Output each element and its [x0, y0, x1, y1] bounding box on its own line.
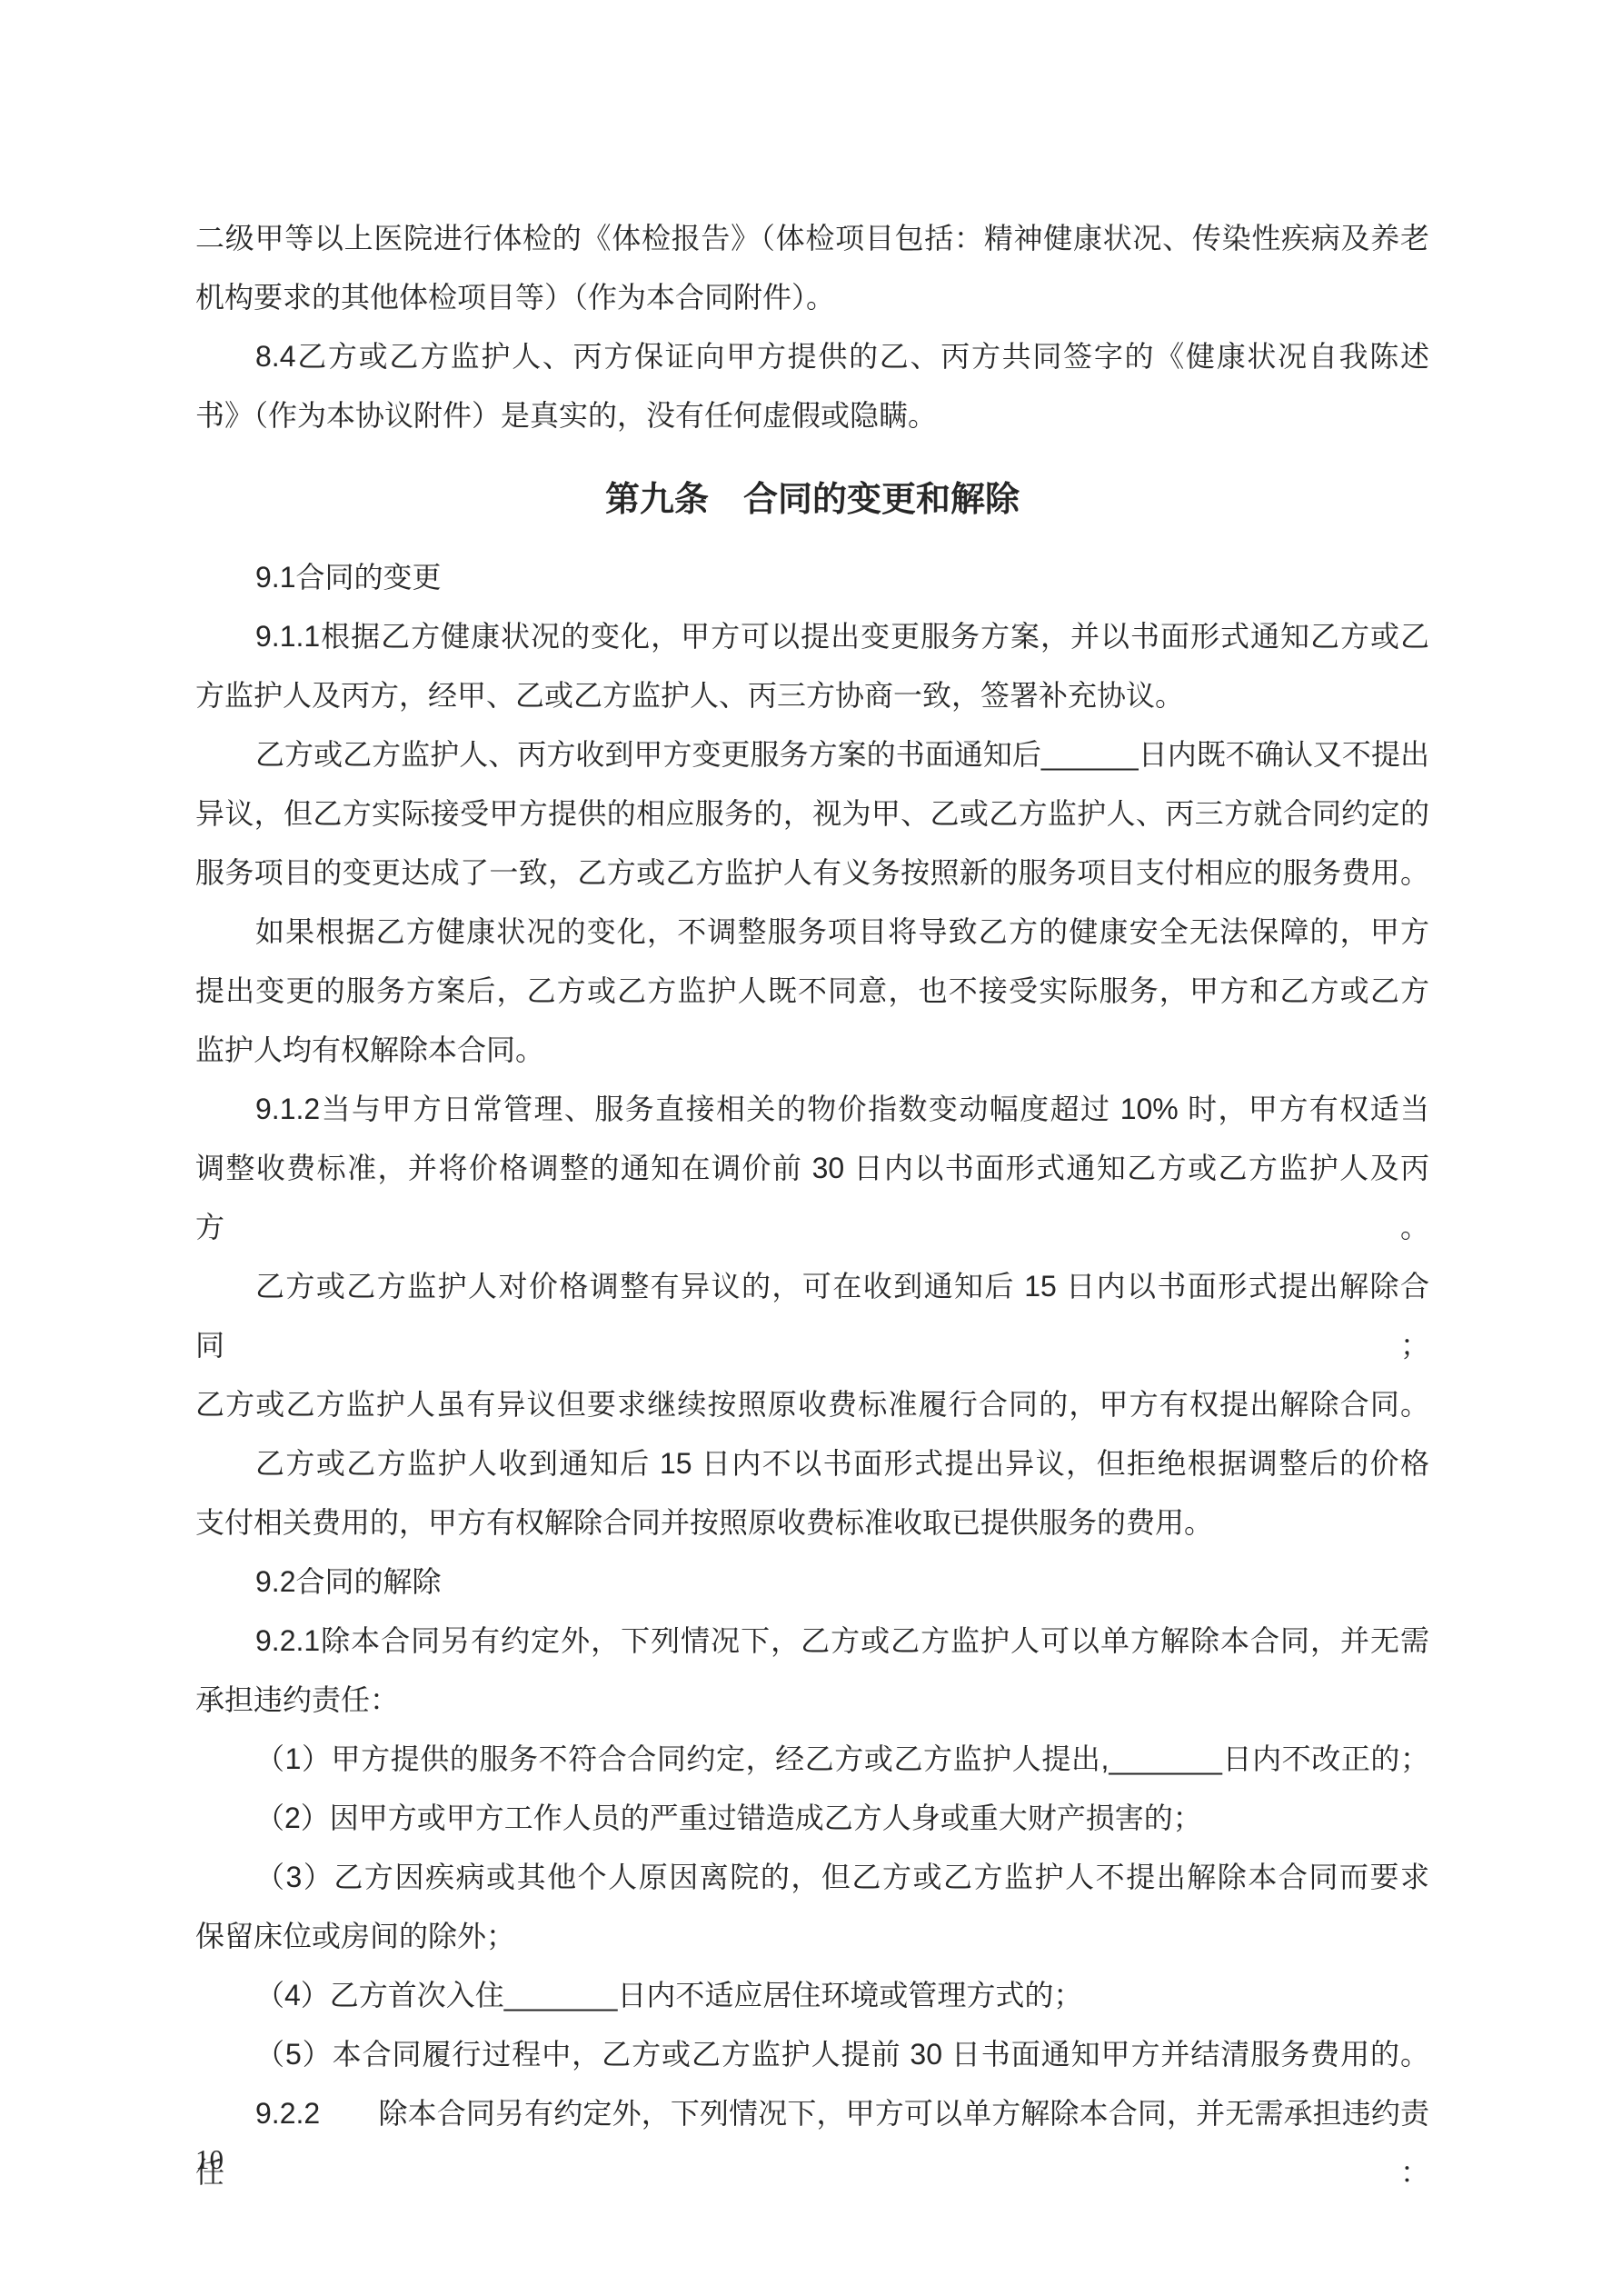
clause-9-1-1-line-1: 9.1.1根据乙方健康状况的变化，甲方可以提出变更服务方案，并以书面形式通知乙方… [195, 607, 1429, 666]
clause-9-1-1-para-3-line-1: 如果根据乙方健康状况的变化，不调整服务项目将导致乙方的健康安全无法保障的，甲方 [195, 903, 1429, 962]
clause-8-4-line-2: 书》（作为本协议附件）是真实的，没有任何虚假或隐瞒。 [195, 386, 1429, 445]
clause-9-1-1-para-3-line-3: 监护人均有权解除本合同。 [195, 1021, 1429, 1080]
clause-9-2-1-line-2: 承担违约责任： [195, 1671, 1429, 1730]
clause-9-1-1-para-2-line-2: 异议，但乙方实际接受甲方提供的相应服务的，视为甲、乙或乙方监护人、丙三方就合同约… [195, 784, 1429, 844]
clause-8-3-continuation-line-2: 机构要求的其他体检项目等）（作为本合同附件）。 [195, 268, 1429, 327]
clause-9-1-2-para-3-line-1: 乙方或乙方监护人收到通知后 15 日内不以书面形式提出异议，但拒绝根据调整后的价… [195, 1434, 1429, 1493]
clause-8-4-line-1: 8.4乙方或乙方监护人、丙方保证向甲方提供的乙、丙方共同签字的《健康状况自我陈述 [195, 327, 1429, 386]
clause-9-1-1-para-2-line-3: 服务项目的变更达成了一致，乙方或乙方监护人有义务按照新的服务项目支付相应的服务费… [195, 844, 1429, 903]
clause-9-1-2-line-1: 9.1.2当与甲方日常管理、服务直接相关的物价指数变动幅度超过 10% 时，甲方… [195, 1080, 1429, 1139]
clause-9-2-1-line-1: 9.2.1除本合同另有约定外，下列情况下，乙方或乙方监护人可以单方解除本合同，并… [195, 1612, 1429, 1671]
contract-page: 二级甲等以上医院进行体检的《体检报告》（体检项目包括：精神健康状况、传染性疾病及… [0, 0, 1622, 2296]
clause-9-2-1-item-2: （2）因甲方或甲方工作人员的严重过错造成乙方人身或重大财产损害的； [195, 1789, 1429, 1848]
article-9-heading: 第九条 合同的变更和解除 [195, 471, 1429, 530]
clause-8-3-continuation-line-1: 二级甲等以上医院进行体检的《体检报告》（体检项目包括：精神健康状况、传染性疾病及… [195, 209, 1429, 268]
clause-9-1-2-line-2: 调整收费标准，并将价格调整的通知在调价前 30 日内以书面形式通知乙方或乙方监护… [195, 1139, 1429, 1257]
clause-9-1-1-para-2-line-1: 乙方或乙方监护人、丙方收到甲方变更服务方案的书面通知后______日内既不确认又… [195, 725, 1429, 784]
clause-9-2-1-item-5: （5）本合同履行过程中，乙方或乙方监护人提前 30 日书面通知甲方并结清服务费用… [195, 2025, 1429, 2084]
clause-9-1-2-para-2-line-1: 乙方或乙方监护人对价格调整有异议的，可在收到通知后 15 日内以书面形式提出解除… [195, 1257, 1429, 1375]
clause-9-2-1-item-1: （1）甲方提供的服务不符合合同约定，经乙方或乙方监护人提出,_______日内不… [195, 1730, 1429, 1789]
clause-9-2-1-item-3-line-1: （3）乙方因疾病或其他个人原因离院的，但乙方或乙方监护人不提出解除本合同而要求 [195, 1848, 1429, 1907]
clause-9-1-2-para-2-line-2: 乙方或乙方监护人虽有异议但要求继续按照原收费标准履行合同的，甲方有权提出解除合同… [195, 1375, 1429, 1434]
clause-9-1-title: 9.1合同的变更 [195, 548, 1429, 607]
page-number: 10 [195, 2141, 224, 2178]
clause-9-1-1-line-2: 方监护人及丙方，经甲、乙或乙方监护人、丙三方协商一致，签署补充协议。 [195, 666, 1429, 725]
clause-9-2-1-item-4: （4）乙方首次入住_______日内不适应居住环境或管理方式的； [195, 1966, 1429, 2025]
contract-body: 二级甲等以上医院进行体检的《体检报告》（体检项目包括：精神健康状况、传染性疾病及… [195, 209, 1429, 2202]
clause-9-2-2-line-1: 9.2.2 除本合同另有约定外，下列情况下，甲方可以单方解除本合同，并无需承担违… [195, 2084, 1429, 2202]
clause-9-2-1-item-3-line-2: 保留床位或房间的除外； [195, 1907, 1429, 1966]
clause-9-1-2-para-3-line-2: 支付相关费用的，甲方有权解除合同并按照原收费标准收取已提供服务的费用。 [195, 1493, 1429, 1552]
clause-9-2-title: 9.2合同的解除 [195, 1552, 1429, 1612]
clause-9-1-1-para-3-line-2: 提出变更的服务方案后，乙方或乙方监护人既不同意，也不接受实际服务，甲方和乙方或乙… [195, 962, 1429, 1021]
